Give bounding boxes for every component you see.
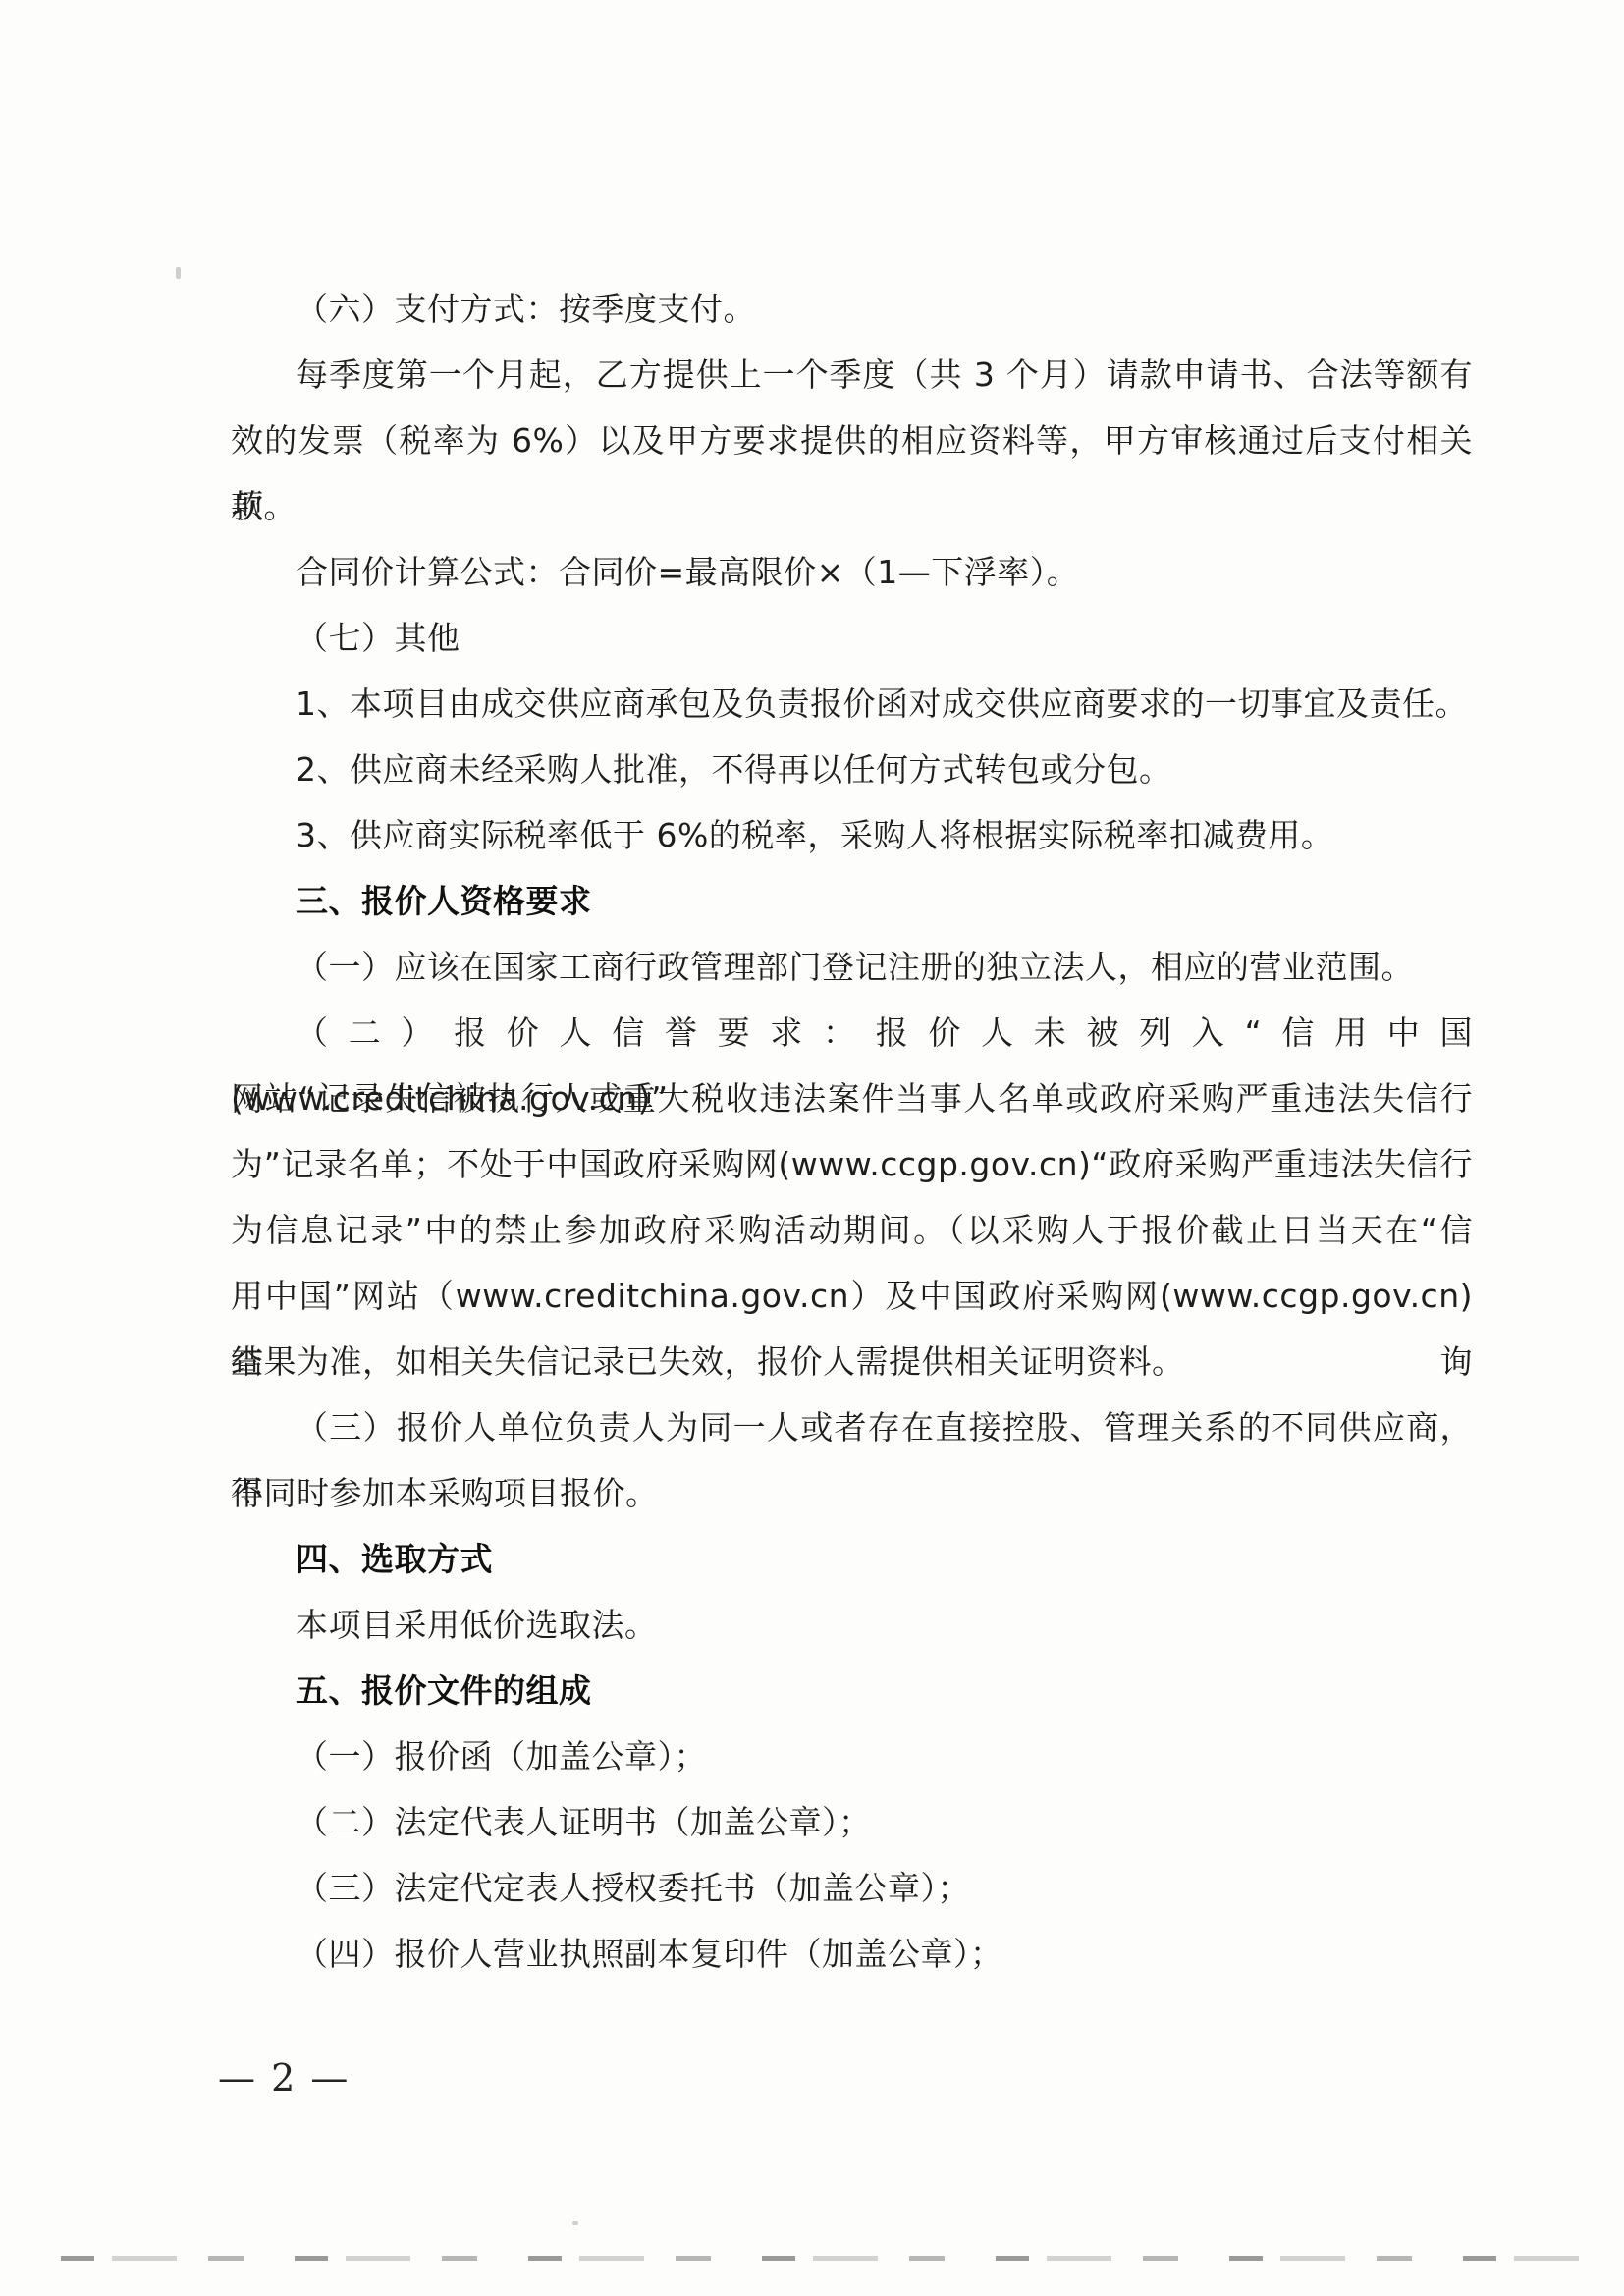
section-heading: 五、报价文件的组成 bbox=[231, 1658, 1473, 1723]
text-line: （四）报价人营业执照副本复印件（加盖公章）； bbox=[231, 1921, 1473, 1987]
scanned-document-page: （六）支付方式：按季度支付。每季度第一个月起，乙方提供上一个季度（共 3 个月）… bbox=[0, 0, 1624, 2296]
text-line: 每季度第一个月起，乙方提供上一个季度（共 3 个月）请款申请书、合法等额有 bbox=[231, 342, 1473, 408]
text-line: 项。 bbox=[231, 473, 1473, 539]
text-line: （三）法定代定表人授权委托书（加盖公章）； bbox=[231, 1855, 1473, 1921]
page-number: — 2 — bbox=[218, 2054, 350, 2102]
text-line: （二）报价人信誉要求：报价人未被列入“信用中国(www.creditchina.… bbox=[231, 1000, 1473, 1066]
document-body: （六）支付方式：按季度支付。每季度第一个月起，乙方提供上一个季度（共 3 个月）… bbox=[231, 276, 1473, 1987]
text-line: 本项目采用低价选取法。 bbox=[231, 1592, 1473, 1658]
text-line: 为信息记录”中的禁止参加政府采购活动期间。（以采购人于报价截止日当天在“信 bbox=[231, 1197, 1473, 1263]
text-line: （七）其他 bbox=[231, 605, 1473, 671]
text-line: 得同时参加本采购项目报价。 bbox=[231, 1460, 1473, 1526]
text-line: 效的发票（税率为 6%）以及甲方要求提供的相应资料等，甲方审核通过后支付相关款 bbox=[231, 408, 1473, 473]
text-line: （二）法定代表人证明书（加盖公章）； bbox=[231, 1789, 1473, 1855]
text-line: 网站“记录失信被执行人或重大税收违法案件当事人名单或政府采购严重违法失信行 bbox=[231, 1066, 1473, 1131]
text-line: 3、供应商实际税率低于 6%的税率，采购人将根据实际税率扣减费用。 bbox=[231, 802, 1473, 868]
text-line: 为”记录名单；不处于中国政府采购网(www.ccgp.gov.cn)“政府采购严… bbox=[231, 1131, 1473, 1197]
scan-artifact-line bbox=[61, 2256, 1606, 2261]
text-line: （一）应该在国家工商行政管理部门登记注册的独立法人，相应的营业范围。 bbox=[231, 934, 1473, 1000]
scan-speck bbox=[176, 267, 181, 279]
text-line: （六）支付方式：按季度支付。 bbox=[231, 276, 1473, 342]
text-line: 合同价计算公式：合同价=最高限价×（1—下浮率）。 bbox=[231, 539, 1473, 605]
text-line: 1、本项目由成交供应商承包及负责报价函对成交供应商要求的一切事宜及责任。 bbox=[231, 671, 1473, 737]
text-line: （三）报价人单位负责人为同一人或者存在直接控股、管理关系的不同供应商，不 bbox=[231, 1394, 1473, 1460]
text-line: （一）报价函（加盖公章）； bbox=[231, 1723, 1473, 1789]
section-heading: 三、报价人资格要求 bbox=[231, 868, 1473, 934]
section-heading: 四、选取方式 bbox=[231, 1526, 1473, 1592]
scan-speck bbox=[572, 2221, 578, 2225]
text-line: 2、供应商未经采购人批准，不得再以任何方式转包或分包。 bbox=[231, 737, 1473, 802]
text-line: 用中国”网站（www.creditchina.gov.cn）及中国政府采购网(w… bbox=[231, 1263, 1473, 1329]
